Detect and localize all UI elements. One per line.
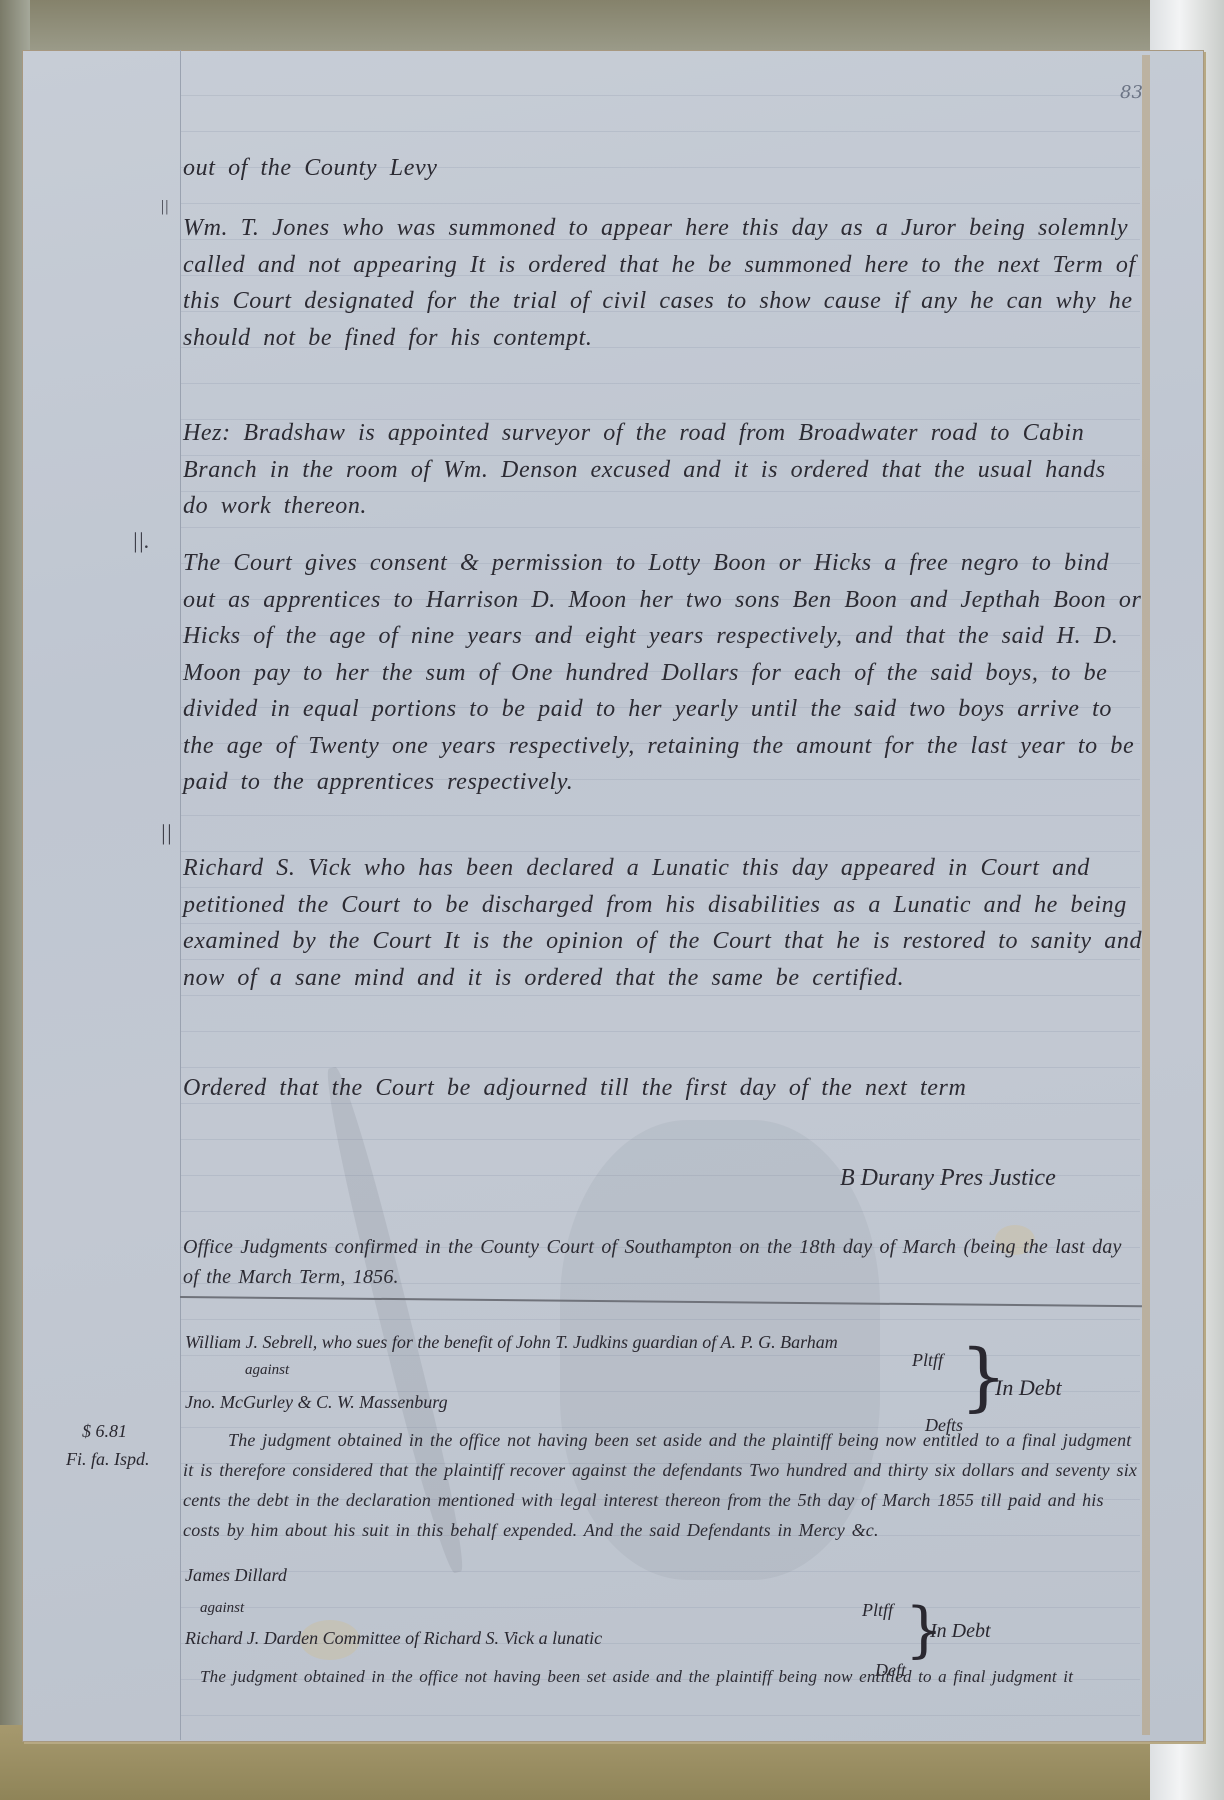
case-1-writ-note: Fi. fa. Ispd. (66, 1446, 150, 1472)
case-1-plaintiff: William J. Sebrell, who sues for the ben… (185, 1332, 838, 1353)
case-2-against: against (200, 1600, 244, 1617)
page-edge (1142, 55, 1150, 1735)
case-2-defendants: Richard J. Darden Committee of Richard S… (185, 1628, 602, 1649)
minute-entry-juror: Wm. T. Jones who was summoned to appear … (183, 210, 1143, 356)
case-1-amount-note: $ 6.81 (82, 1418, 127, 1444)
minute-entry-road-surveyor: Hez: Bradshaw is appointed surveyor of t… (183, 415, 1143, 525)
office-judgments-heading: Office Judgments confirmed in the County… (183, 1232, 1143, 1292)
carryover-line: out of the County Levy (183, 150, 1143, 187)
case-1-judgment-text: The judgment obtained in the office not … (183, 1425, 1143, 1545)
page-number: 83 (1120, 82, 1143, 103)
minute-entry-apprentices: The Court gives consent & permission to … (183, 545, 1143, 801)
entry-marker: ||. (132, 528, 150, 554)
case-1-plaintiff-label: Pltff (912, 1350, 943, 1371)
entry-marker: || (160, 820, 172, 846)
presiding-justice-signature: B Durany Pres Justice (840, 1165, 1056, 1192)
entry-marker: || (160, 198, 169, 216)
case-2-plaintiff: James Dillard (185, 1565, 287, 1586)
case-1-against: against (245, 1362, 289, 1379)
minute-entry-adjournment: Ordered that the Court be adjourned till… (183, 1070, 1143, 1107)
photo-backdrop-top (0, 0, 1224, 50)
case-1-action: In Debt (995, 1375, 1062, 1401)
case-2-action: In Debt (930, 1620, 991, 1643)
case-2-plaintiff-label: Pltff (862, 1600, 893, 1621)
case-1-defendants: Jno. McGurley & C. W. Massenburg (185, 1392, 448, 1413)
minute-entry-lunatic-discharge: Richard S. Vick who has been declared a … (183, 850, 1143, 996)
margin-rule (180, 50, 181, 1740)
case-2-judgment-text: The judgment obtained in the office not … (200, 1662, 1140, 1692)
